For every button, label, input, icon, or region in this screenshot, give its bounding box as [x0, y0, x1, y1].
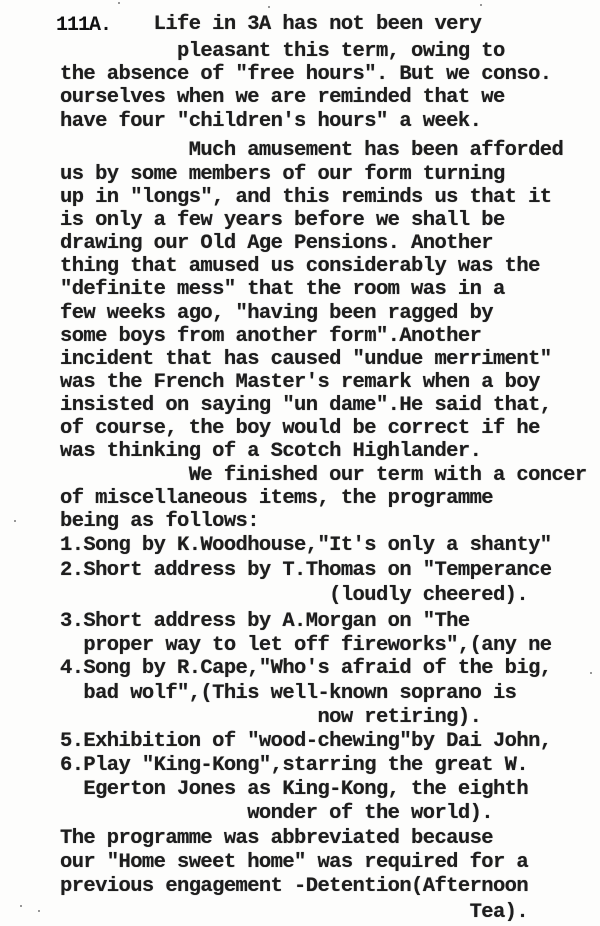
scan-speck	[118, 2, 120, 4]
text-line: (loudly cheered).	[60, 585, 528, 607]
scan-speck	[480, 4, 482, 6]
text-line: bad wolf",(This well-known soprano is	[60, 683, 516, 705]
text-line: was thinking of a Scotch Highlander.	[60, 441, 481, 463]
text-line: insisted on saying "un dame".He said tha…	[60, 395, 552, 417]
text-line: Much amusement has been afforded	[60, 140, 563, 162]
text-line: 1.Song by K.Woodhouse,"It's only a shant…	[60, 535, 552, 557]
text-line: Life in 3A has not been very	[60, 14, 481, 36]
text-line: us by some members of our form turning	[60, 164, 505, 186]
text-line: the absence of "free hours". But we cons…	[60, 64, 552, 86]
text-line: 5.Exhibition of "wood-chewing"by Dai Joh…	[60, 731, 552, 753]
text-line: 6.Play "King-Kong",starring the great W.	[60, 755, 528, 777]
text-line: up in "longs", and this reminds us that …	[60, 187, 552, 209]
text-line: was the French Master's remark when a bo…	[60, 372, 540, 394]
text-line: Egerton Jones as King-Kong, the eighth	[60, 779, 528, 801]
scan-speck	[20, 905, 22, 907]
text-line: thing that amused us considerably was th…	[60, 256, 540, 278]
text-line: few weeks ago, "having been ragged by	[60, 303, 493, 325]
text-line: have four "children's hours" a week.	[60, 111, 481, 133]
text-line: now retiring).	[60, 707, 481, 729]
scan-speck	[268, 6, 270, 8]
text-line: 4.Song by R.Cape,"Who's afraid of the bi…	[60, 658, 552, 680]
text-line: of course, the boy would be correct if h…	[60, 418, 540, 440]
text-line: is only a few years before we shall be	[60, 210, 505, 232]
text-line: pleasant this term, owing to	[60, 41, 505, 63]
text-line: Tea).	[60, 902, 528, 924]
text-line: drawing our Old Age Pensions. Another	[60, 233, 493, 255]
scan-speck	[590, 672, 592, 674]
text-line: of miscellaneous items, the programme	[60, 488, 493, 510]
scan-speck	[38, 910, 40, 912]
text-line: 2.Short address by T.Thomas on "Temperan…	[60, 560, 552, 582]
text-line: incident that has caused "undue merrimen…	[60, 349, 552, 371]
text-line: proper way to let off fireworks",(any ne	[60, 635, 552, 657]
text-line: being as follows:	[60, 511, 259, 533]
text-line: We finished our term with a concer	[60, 465, 587, 487]
text-line: some boys from another form".Another	[60, 326, 481, 348]
text-line: "definite mess" that the room was in a	[60, 279, 505, 301]
text-line: The programme was abbreviated because	[60, 828, 493, 850]
text-line: previous engagement -Detention(Afternoon	[60, 876, 528, 898]
text-line: wonder of the world).	[60, 803, 493, 825]
scan-speck	[14, 520, 16, 522]
text-line: 3.Short address by A.Morgan on "The	[60, 611, 470, 633]
text-line: our "Home sweet home" was required for a	[60, 852, 528, 874]
text-line: ourselves when we are reminded that we	[60, 87, 505, 109]
scanned-typewritten-page: 111A. Life in 3A has not been very pleas…	[0, 0, 600, 926]
